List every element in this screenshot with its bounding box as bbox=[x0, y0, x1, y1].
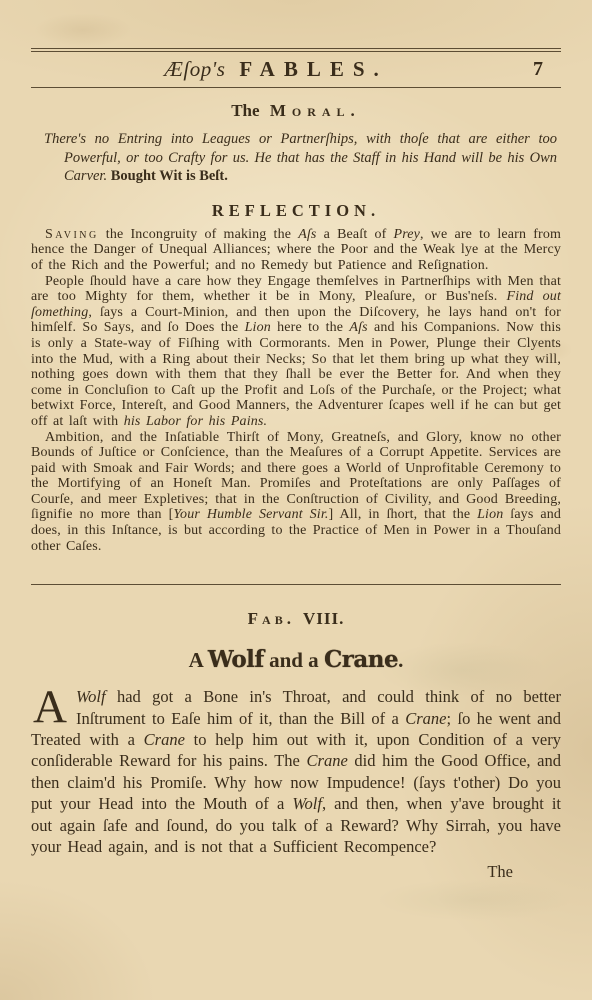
header-underline-rule bbox=[31, 87, 561, 88]
book-page: Æſop's FABLES. 7 The Moral. There's no E… bbox=[0, 0, 592, 1000]
header-rule-top bbox=[31, 48, 561, 49]
fable-text: AWolf had got a Bone in's Throat, and co… bbox=[31, 686, 561, 857]
moral-heading-lead: The bbox=[231, 101, 259, 120]
page-header: Æſop's FABLES. 7 bbox=[31, 48, 561, 88]
fable-number-heading: Fab.VIII. bbox=[31, 609, 561, 629]
header-rule-bottom bbox=[31, 51, 561, 52]
running-title-word: FABLES. bbox=[239, 57, 387, 81]
section-divider-rule bbox=[31, 584, 561, 585]
fable-text-runs: Wolf had got a Bone in's Throat, and cou… bbox=[31, 687, 561, 856]
running-title-author: Æſop's bbox=[164, 57, 225, 81]
reflection-heading: REFLECTION. bbox=[31, 201, 561, 221]
catchword: The bbox=[31, 862, 513, 882]
fable-title: A Wolf and a Crane. bbox=[31, 646, 561, 673]
drop-cap: A bbox=[31, 686, 76, 726]
page-number: 7 bbox=[533, 58, 543, 81]
reflection-paragraph-1: Saving the Incongruity of making the Aſs… bbox=[31, 227, 561, 274]
moral-heading-word: Moral. bbox=[270, 101, 361, 120]
moral-text: There's no Entring into Leagues or Partn… bbox=[31, 130, 561, 186]
reflection-paragraph-3: Ambition, and the Inſatiable Thirſt of M… bbox=[31, 430, 561, 555]
running-head: Æſop's FABLES. 7 bbox=[31, 54, 561, 87]
fable-number-numeral: VIII. bbox=[303, 609, 344, 628]
reflection-paragraph-2: People ſhould have a care how they Engag… bbox=[31, 274, 561, 430]
fable-number-label: Fab. bbox=[248, 609, 295, 628]
moral-heading: The Moral. bbox=[31, 101, 561, 121]
running-title: Æſop's FABLES. bbox=[31, 57, 521, 82]
header-double-rule bbox=[31, 48, 561, 52]
